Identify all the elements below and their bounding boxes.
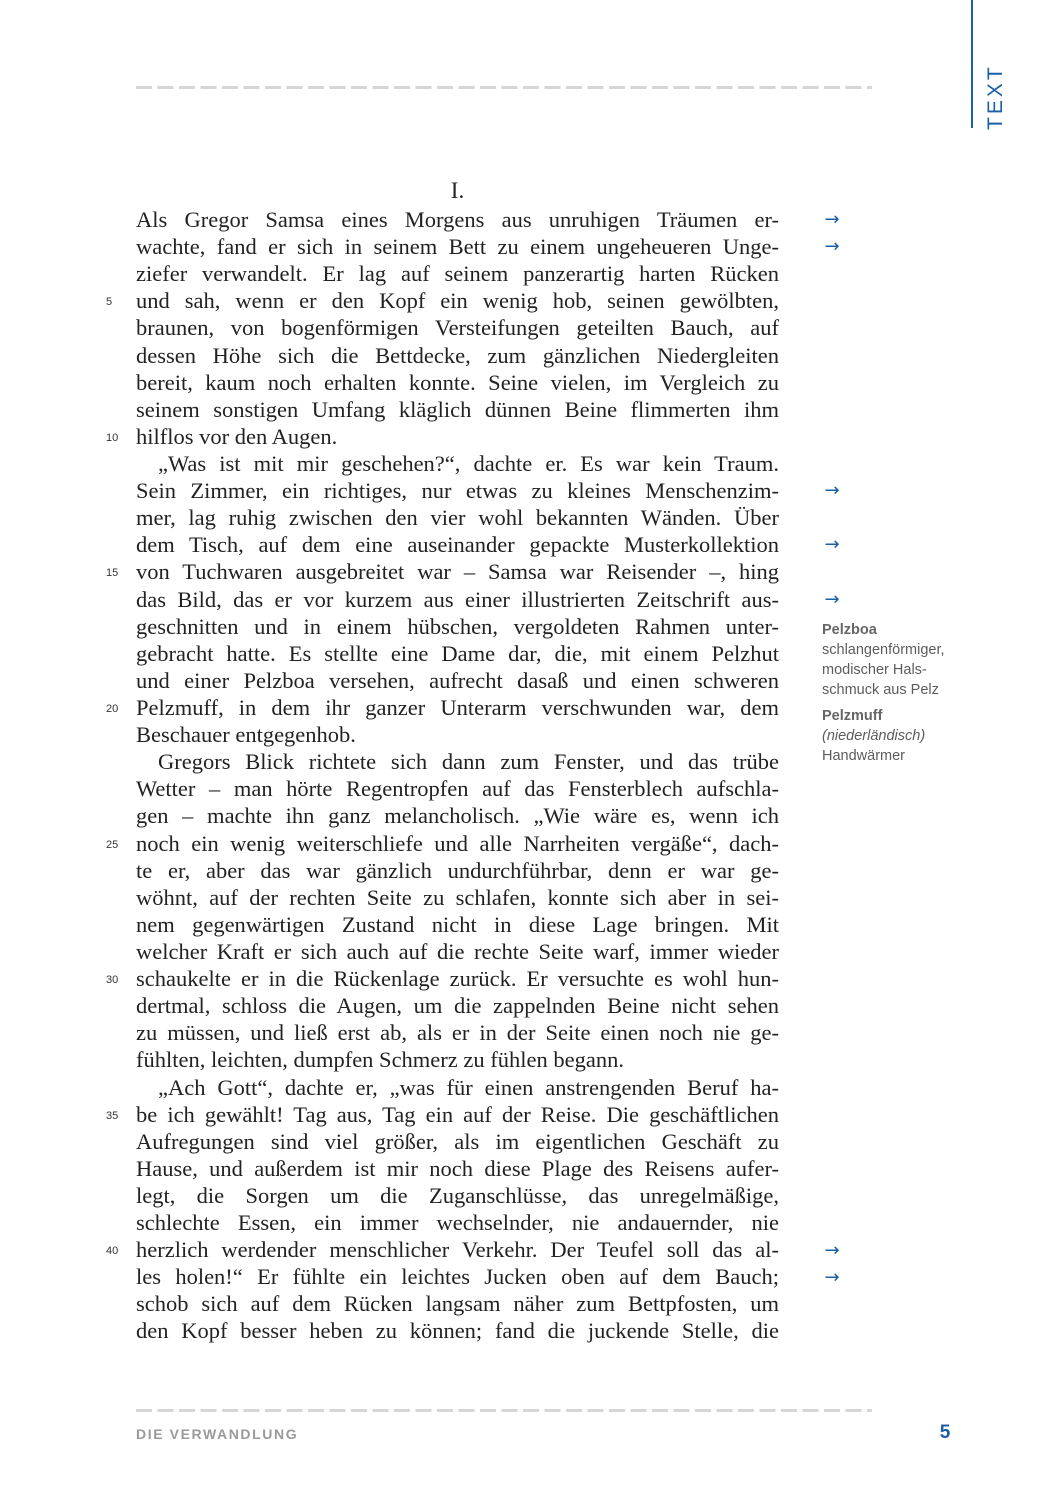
text-line-content: bereit, kaum noch erhalten konnte. Seine… bbox=[136, 369, 779, 396]
text-line-content: Als Gregor Samsa eines Morgens aus unruh… bbox=[136, 206, 779, 233]
body-text: Als Gregor Samsa eines Morgens aus unruh… bbox=[136, 206, 779, 1345]
text-line: seinem sonstigen Umfang kläglich dünnen … bbox=[136, 396, 779, 423]
text-line-content: geschnitten und in einem hübschen, vergo… bbox=[136, 613, 779, 640]
margin-arrow-icon[interactable]: → bbox=[822, 535, 842, 555]
text-line-content: Wetter – man hörte Regentropfen auf das … bbox=[136, 775, 779, 802]
line-number: 25 bbox=[106, 832, 128, 859]
text-line-content: dem Tisch, auf dem eine auseinander gepa… bbox=[136, 531, 779, 558]
margin-arrow-icon[interactable]: → bbox=[822, 1268, 842, 1288]
glossary-definition-line: schlangenförmiger, bbox=[822, 640, 982, 660]
glossary-entry: Pelzboa schlangenförmiger, modischer Hal… bbox=[822, 620, 982, 700]
text-line-content: Gregors Blick richtete sich dann zum Fen… bbox=[158, 748, 779, 775]
text-line: „Was ist mit mir geschehen?“, dachte er.… bbox=[136, 450, 779, 477]
glossary-sidebar: Pelzboa schlangenförmiger, modischer Hal… bbox=[822, 620, 982, 772]
text-line: gebracht hatte. Es stellte eine Dame dar… bbox=[136, 640, 779, 667]
text-line: Als Gregor Samsa eines Morgens aus unruh… bbox=[136, 206, 779, 233]
text-line: te er, aber das war gänzlich undurchführ… bbox=[136, 857, 779, 884]
text-line: Wetter – man hörte Regentropfen auf das … bbox=[136, 775, 779, 802]
text-line: herzlich werdender menschlicher Verkehr.… bbox=[136, 1236, 779, 1263]
text-line-content: Pelzmuff, in dem ihr ganzer Unterarm ver… bbox=[136, 694, 779, 721]
line-number: 30 bbox=[106, 967, 128, 994]
text-line: ziefer verwandelt. Er lag auf seinem pan… bbox=[136, 260, 779, 287]
text-line: les holen!“ Er fühlte ein leichtes Jucke… bbox=[136, 1263, 779, 1290]
text-line: den Kopf besser heben zu können; fand di… bbox=[136, 1317, 779, 1344]
text-line-content: schob sich auf dem Rücken langsam näher … bbox=[136, 1290, 779, 1317]
text-line-content: herzlich werdender menschlicher Verkehr.… bbox=[136, 1236, 779, 1263]
running-footer-title: DIE VERWANDLUNG bbox=[136, 1426, 298, 1442]
text-line-content: den Kopf besser heben zu können; fand di… bbox=[136, 1317, 779, 1344]
glossary-note: (niederländisch) bbox=[822, 726, 982, 746]
text-line-content: welcher Kraft er sich auch auf die recht… bbox=[136, 938, 779, 965]
text-line-content: wöhnt, auf der rechten Seite zu schlafen… bbox=[136, 884, 779, 911]
text-line-content: ziefer verwandelt. Er lag auf seinem pan… bbox=[136, 260, 779, 287]
glossary-definition-line: schmuck aus Pelz bbox=[822, 680, 982, 700]
text-line: von Tuchwaren ausgebreitet war – Samsa w… bbox=[136, 558, 779, 585]
margin-arrow-icon[interactable]: → bbox=[822, 237, 842, 257]
text-line: dem Tisch, auf dem eine auseinander gepa… bbox=[136, 531, 779, 558]
text-line: Sein Zimmer, ein richtiges, nur etwas zu… bbox=[136, 477, 779, 504]
text-line: bereit, kaum noch erhalten konnte. Seine… bbox=[136, 369, 779, 396]
line-number: 15 bbox=[106, 560, 128, 587]
text-line: und sah, wenn er den Kopf ein wenig hob,… bbox=[136, 287, 779, 314]
text-line-content: schlechte Essen, ein immer wechselnder, … bbox=[136, 1209, 779, 1236]
text-line-content: Aufregungen sind viel größer, als im eig… bbox=[136, 1128, 779, 1155]
line-number: 20 bbox=[106, 696, 128, 723]
text-line-content: legt, die Sorgen um die Zuganschlüsse, d… bbox=[136, 1182, 779, 1209]
text-line-content: und einer Pelzboa versehen, aufrecht das… bbox=[136, 667, 779, 694]
text-line-content: „Ach Gott“, dachte er, „was für einen an… bbox=[158, 1074, 779, 1101]
margin-arrow-icon[interactable]: → bbox=[822, 1241, 842, 1261]
section-tab-rule bbox=[971, 0, 973, 128]
text-line: „Ach Gott“, dachte er, „was für einen an… bbox=[136, 1074, 779, 1101]
text-line-content: be ich gewählt! Tag aus, Tag ein auf der… bbox=[136, 1101, 779, 1128]
line-number: 5 bbox=[106, 289, 128, 316]
text-line: Beschauer entgegenhob. bbox=[136, 721, 779, 748]
text-line: schlechte Essen, ein immer wechselnder, … bbox=[136, 1209, 779, 1236]
glossary-entry: Pelzmuff (niederländisch) Handwärmer bbox=[822, 706, 982, 766]
section-tab-label: TEXT bbox=[982, 66, 1010, 128]
glossary-term: Pelzboa bbox=[822, 620, 982, 640]
text-line: zu müssen, und ließ erst ab, als er in d… bbox=[136, 1019, 779, 1046]
glossary-term: Pelzmuff bbox=[822, 706, 982, 726]
bottom-dashed-rule bbox=[136, 1409, 872, 1412]
text-line-content: zu müssen, und ließ erst ab, als er in d… bbox=[136, 1019, 779, 1046]
glossary-definition-line: modischer Hals- bbox=[822, 660, 982, 680]
text-line: Pelzmuff, in dem ihr ganzer Unterarm ver… bbox=[136, 694, 779, 721]
text-line: und einer Pelzboa versehen, aufrecht das… bbox=[136, 667, 779, 694]
text-line: mer, lag ruhig zwischen den vier wohl be… bbox=[136, 504, 779, 531]
text-line: Aufregungen sind viel größer, als im eig… bbox=[136, 1128, 779, 1155]
text-line-content: seinem sonstigen Umfang kläglich dünnen … bbox=[136, 396, 779, 423]
text-line-content: mer, lag ruhig zwischen den vier wohl be… bbox=[136, 504, 779, 531]
chapter-heading: I. bbox=[136, 178, 779, 204]
text-line-content: von Tuchwaren ausgebreitet war – Samsa w… bbox=[136, 558, 779, 585]
text-line-content: Beschauer entgegenhob. bbox=[136, 721, 779, 748]
text-line-content: wachte, fand er sich in seinem Bett zu e… bbox=[136, 233, 779, 260]
text-line-content: te er, aber das war gänzlich undurchführ… bbox=[136, 857, 779, 884]
top-dashed-rule bbox=[136, 86, 872, 89]
text-line: Gregors Blick richtete sich dann zum Fen… bbox=[136, 748, 779, 775]
text-line-content: dessen Höhe sich die Bettdecke, zum gänz… bbox=[136, 342, 779, 369]
text-line-content: Hause, und außerdem ist mir noch diese P… bbox=[136, 1155, 779, 1182]
text-line-content: braunen, von bogenförmigen Versteifungen… bbox=[136, 314, 779, 341]
text-line: gen – machte ihn ganz melancholisch. „Wi… bbox=[136, 802, 779, 829]
text-line: dessen Höhe sich die Bettdecke, zum gänz… bbox=[136, 342, 779, 369]
text-line: das Bild, das er vor kurzem aus einer il… bbox=[136, 586, 779, 613]
margin-arrow-icon[interactable]: → bbox=[822, 590, 842, 610]
text-line-content: nem gegenwärtigen Zustand nicht in diese… bbox=[136, 911, 779, 938]
line-number: 35 bbox=[106, 1103, 128, 1130]
text-line-content: Sein Zimmer, ein richtiges, nur etwas zu… bbox=[136, 477, 779, 504]
text-line: geschnitten und in einem hübschen, vergo… bbox=[136, 613, 779, 640]
page-number: 5 bbox=[930, 1422, 960, 1444]
text-line: nem gegenwärtigen Zustand nicht in diese… bbox=[136, 911, 779, 938]
glossary-definition-line: Handwärmer bbox=[822, 746, 982, 766]
text-line: legt, die Sorgen um die Zuganschlüsse, d… bbox=[136, 1182, 779, 1209]
margin-arrow-icon[interactable]: → bbox=[822, 210, 842, 230]
text-line-content: und sah, wenn er den Kopf ein wenig hob,… bbox=[136, 287, 779, 314]
text-line-content: „Was ist mit mir geschehen?“, dachte er.… bbox=[158, 450, 779, 477]
line-number: 40 bbox=[106, 1238, 128, 1265]
text-line-content: les holen!“ Er fühlte ein leichtes Jucke… bbox=[136, 1263, 779, 1290]
text-line-content: dertmal, schloss die Augen, um die zappe… bbox=[136, 992, 779, 1019]
text-line: schaukelte er in die Rückenlage zurück. … bbox=[136, 965, 779, 992]
line-number: 10 bbox=[106, 425, 128, 452]
text-line-content: fühlten, leichten, dumpfen Schmerz zu fü… bbox=[136, 1046, 779, 1073]
text-line: Hause, und außerdem ist mir noch diese P… bbox=[136, 1155, 779, 1182]
text-line: hilflos vor den Augen.10 bbox=[136, 423, 779, 450]
text-line: braunen, von bogenförmigen Versteifungen… bbox=[136, 314, 779, 341]
text-line: wachte, fand er sich in seinem Bett zu e… bbox=[136, 233, 779, 260]
text-line: fühlten, leichten, dumpfen Schmerz zu fü… bbox=[136, 1046, 779, 1073]
text-line: be ich gewählt! Tag aus, Tag ein auf der… bbox=[136, 1101, 779, 1128]
text-line: noch ein wenig weiterschliefe und alle N… bbox=[136, 830, 779, 857]
text-line: wöhnt, auf der rechten Seite zu schlafen… bbox=[136, 884, 779, 911]
text-line: schob sich auf dem Rücken langsam näher … bbox=[136, 1290, 779, 1317]
text-line-content: das Bild, das er vor kurzem aus einer il… bbox=[136, 586, 779, 613]
text-line-content: hilflos vor den Augen. bbox=[136, 423, 779, 450]
text-line-content: noch ein wenig weiterschliefe und alle N… bbox=[136, 830, 779, 857]
text-line: dertmal, schloss die Augen, um die zappe… bbox=[136, 992, 779, 1019]
text-line-content: gen – machte ihn ganz melancholisch. „Wi… bbox=[136, 802, 779, 829]
text-line-content: gebracht hatte. Es stellte eine Dame dar… bbox=[136, 640, 779, 667]
text-line: welcher Kraft er sich auch auf die recht… bbox=[136, 938, 779, 965]
text-line-content: schaukelte er in die Rückenlage zurück. … bbox=[136, 965, 779, 992]
margin-arrow-icon[interactable]: → bbox=[822, 481, 842, 501]
